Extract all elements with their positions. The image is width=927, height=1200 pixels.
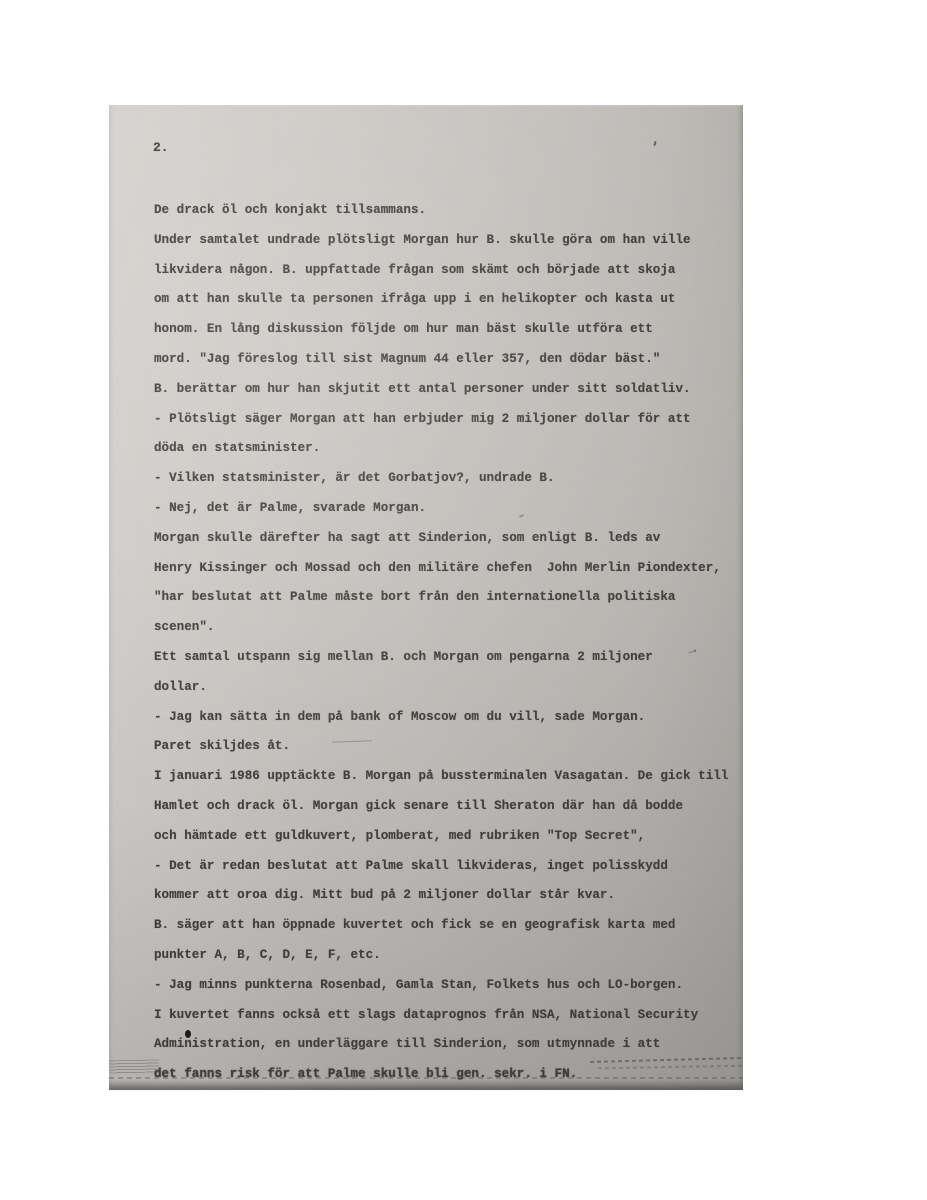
text-line: och hämtade ett guldkuvert, plomberat, m… <box>154 822 743 852</box>
text-line: Under samtalet undrade plötsligt Morgan … <box>154 226 743 256</box>
ink-blob-artifact <box>185 1030 191 1038</box>
text-line: B. säger att han öppnade kuvertet och fi… <box>154 911 743 941</box>
text-line: "har beslutat att Palme måste bort från … <box>154 583 743 613</box>
text-line: scenen". <box>154 613 743 643</box>
text-line: mord. "Jag föreslog till sist Magnum 44 … <box>154 345 743 375</box>
page-number: 2. <box>153 140 169 155</box>
text-line: - Det är redan beslutat att Palme skall … <box>154 852 743 882</box>
text-line: Morgan skulle därefter ha sagt att Sinde… <box>154 524 743 554</box>
text-line: Hamlet och drack öl. Morgan gick senare … <box>154 792 743 822</box>
dust-speck <box>653 141 656 146</box>
text-line: punkter A, B, C, D, E, F, etc. <box>154 941 743 971</box>
scanned-document-page: 2. De drack öl och konjakt tillsammans.U… <box>109 105 743 1090</box>
text-line: B. berättar om hur han skjutit ett antal… <box>154 375 743 405</box>
bottom-underline-artifact <box>109 1077 743 1079</box>
text-line: kommer att oroa dig. Mitt bud på 2 miljo… <box>154 881 743 911</box>
text-line: De drack öl och konjakt tillsammans. <box>154 196 743 226</box>
typewritten-text-block: De drack öl och konjakt tillsammans.Unde… <box>154 196 743 1090</box>
text-line: - Jag kan sätta in dem på bank of Moscow… <box>154 703 743 733</box>
text-line: - Nej, det är Palme, svarade Morgan. <box>154 494 743 524</box>
text-line: - Jag minns punkterna Rosenbad, Gamla St… <box>154 971 743 1001</box>
text-line: likvidera någon. B. uppfattade frågan so… <box>154 256 743 286</box>
text-line: I januari 1986 upptäckte B. Morgan på bu… <box>154 762 743 792</box>
text-line: - Plötsligt säger Morgan att han erbjude… <box>154 405 743 435</box>
text-line: om att han skulle ta personen ifråga upp… <box>154 285 743 315</box>
text-line: döda en statsminister. <box>154 434 743 464</box>
text-line: Administration, en underläggare till Sin… <box>154 1030 743 1060</box>
text-line: Henry Kissinger och Mossad och den milit… <box>154 554 743 584</box>
text-line: dollar. <box>154 673 743 703</box>
text-line: I kuvertet fanns också ett slags datapro… <box>154 1001 743 1031</box>
left-margin-smudge-artifact <box>109 1060 159 1074</box>
text-line: Paret skiljdes åt. <box>154 732 743 762</box>
page-bottom-shadow <box>109 1080 743 1090</box>
text-line: honom. En lång diskussion följde om hur … <box>154 315 743 345</box>
screenshot-stage: 2. De drack öl och konjakt tillsammans.U… <box>0 0 927 1200</box>
text-line: - Vilken statsminister, är det Gorbatjov… <box>154 464 743 494</box>
text-line: Ett samtal utspann sig mellan B. och Mor… <box>154 643 743 673</box>
